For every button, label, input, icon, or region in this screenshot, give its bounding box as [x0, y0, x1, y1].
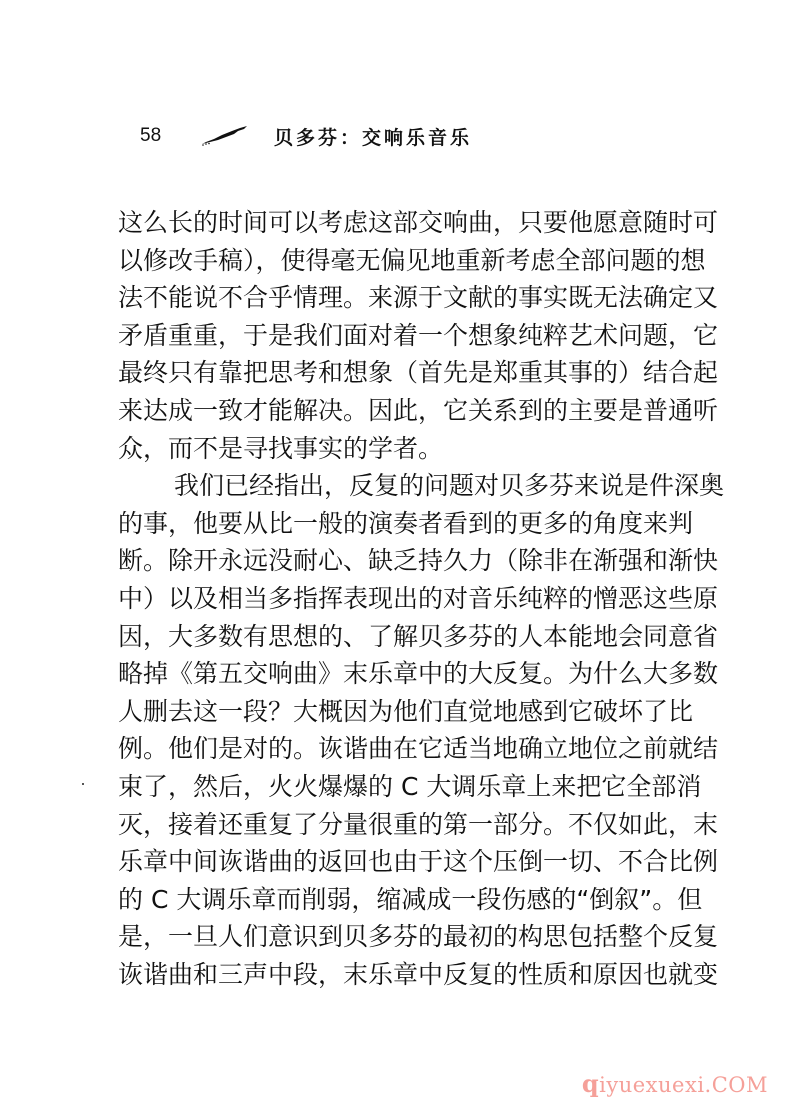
text-line: 断。除开永远没耐心、缺乏持久力（除非在渐强和渐快: [118, 542, 684, 580]
text-line: 最终只有靠把思考和想象（首先是郑重其事的）结合起: [118, 354, 684, 392]
scan-speck: [82, 783, 84, 785]
watermark-text: iyuexuexi.COM: [599, 1073, 768, 1097]
text-line: 中）以及相当多指挥表现出的对音乐纯粹的憎恶这些原: [118, 580, 684, 618]
feather-quill-icon: [200, 125, 250, 147]
running-title: 贝多芬：交响乐音乐: [274, 123, 472, 150]
text-line: 这么长的时间可以考虑这部交响曲，只要他愿意随时可: [118, 204, 684, 242]
text-line: 的事，他要从比一般的演奏者看到的更多的角度来判: [118, 505, 684, 543]
text-line: 人删去这一段？大概因为他们直觉地感到它破坏了比: [118, 693, 684, 731]
text-line: 例。他们是对的。诙谐曲在它适当地确立地位之前就结: [118, 730, 684, 768]
text-line: 束了，然后，火火爆爆的 C 大调乐章上来把它全部消: [118, 768, 684, 806]
site-watermark: qiyuexuexi.COM: [582, 1069, 768, 1098]
body-text: 这么长的时间可以考虑这部交响曲，只要他愿意随时可 以修改手稿），使得毫无偏见地重…: [118, 204, 684, 993]
text-line: 乐章中间诙谐曲的返回也由于这个压倒一切、不合比例: [118, 843, 684, 881]
page-number: 58: [140, 125, 200, 147]
text-line: 法不能说不合乎情理。来源于文献的事实既无法确定又: [118, 279, 684, 317]
text-line: 以修改手稿），使得毫无偏见地重新考虑全部问题的想: [118, 242, 684, 280]
text-line: 矛盾重重，于是我们面对着一个想象纯粹艺术问题，它: [118, 317, 684, 355]
page-header: 58 贝多芬：交响乐音乐: [140, 118, 472, 154]
text-line: 因，大多数有思想的、了解贝多芬的人本能地会同意省: [118, 618, 684, 656]
watermark-prefix: q: [582, 1069, 599, 1098]
text-line: 的 C 大调乐章而削弱，缩减成一段伤感的“倒叙”。但: [118, 881, 684, 919]
text-line: 灭，接着还重复了分量很重的第一部分。不仅如此，末: [118, 806, 684, 844]
text-line: 是，一旦人们意识到贝多芬的最初的构思包括整个反复: [118, 918, 684, 956]
text-line: 众，而不是寻找事实的学者。: [118, 430, 684, 468]
text-line: 来达成一致才能解决。因此，它关系到的主要是普通听: [118, 392, 684, 430]
text-line: 诙谐曲和三声中段，末乐章中反复的性质和原因也就变: [118, 956, 684, 994]
text-line: 略掉《第五交响曲》末乐章中的大反复。为什么大多数: [118, 655, 684, 693]
paragraph-start-line: 我们已经指出，反复的问题对贝多芬来说是件深奥: [118, 467, 684, 505]
